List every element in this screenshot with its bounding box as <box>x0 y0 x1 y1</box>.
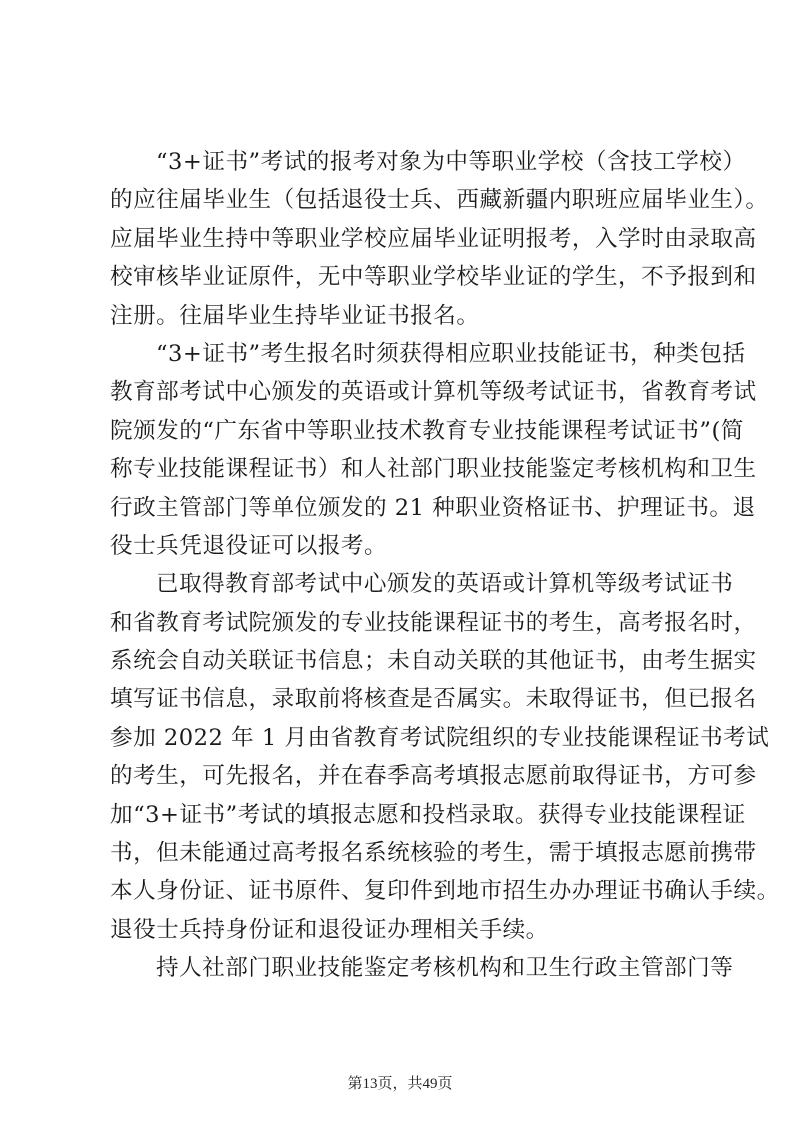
text-line: 的考生，可先报名，并在春季高考填报志愿前取得证书，方可参 <box>110 757 707 795</box>
text-line: 称专业技能课程证书）和人社部门职业技能鉴定考核机构和卫生 <box>110 450 707 488</box>
text-line: 院颁发的“广东省中等职业技术教育专业技能课程考试证书”(简 <box>110 412 707 450</box>
text-line: 教育部考试中心颁发的英语或计算机等级考试证书，省教育考试 <box>110 373 707 411</box>
text-line: 校审核毕业证原件，无中等职业学校毕业证的学生，不予报到和 <box>110 258 707 296</box>
text-line: 役士兵凭退役证可以报考。 <box>110 527 707 565</box>
text-line: 本人身份证、证书原件、复印件到地市招生办办理证书确认手续。 <box>110 872 707 910</box>
text-line: 加“3+证书”考试的填报志愿和投档录取。获得专业技能课程证 <box>110 796 707 834</box>
text-line: 参加 2022 年 1 月由省教育考试院组织的专业技能课程证书考试 <box>110 719 707 757</box>
text-line: 应届毕业生持中等职业学校应届毕业证明报考，入学时由录取高 <box>110 220 707 258</box>
paragraph: 已取得教育部考试中心颁发的英语或计算机等级考试证书 和省教育考试院颁发的专业技能… <box>110 565 707 949</box>
text-line: 系统会自动关联证书信息；未自动关联的其他证书，由考生据实 <box>110 642 707 680</box>
text-line: 退役士兵持身份证和退役证办理相关手续。 <box>110 911 707 949</box>
paragraph: 持人社部门职业技能鉴定考核机构和卫生行政主管部门等 <box>110 949 707 987</box>
text-line: “3+证书”考试的报考对象为中等职业学校（含技工学校） <box>110 143 707 181</box>
text-line: 持人社部门职业技能鉴定考核机构和卫生行政主管部门等 <box>110 949 707 987</box>
text-line: 注册。往届毕业生持毕业证书报名。 <box>110 297 707 335</box>
text-line: 填写证书信息，录取前将核查是否属实。未取得证书，但已报名 <box>110 680 707 718</box>
text-line: “3+证书”考生报名时须获得相应职业技能证书，种类包括 <box>110 335 707 373</box>
body-text: “3+证书”考试的报考对象为中等职业学校（含技工学校） 的应往届毕业生（包括退役… <box>110 143 707 988</box>
paragraph: “3+证书”考生报名时须获得相应职业技能证书，种类包括 教育部考试中心颁发的英语… <box>110 335 707 565</box>
text-line: 书，但未能通过高考报名系统核验的考生，需于填报志愿前携带 <box>110 834 707 872</box>
paragraph: “3+证书”考试的报考对象为中等职业学校（含技工学校） 的应往届毕业生（包括退役… <box>110 143 707 335</box>
text-line: 行政主管部门等单位颁发的 21 种职业资格证书、护理证书。退 <box>110 489 707 527</box>
text-line: 和省教育考试院颁发的专业技能课程证书的考生，高考报名时， <box>110 604 707 642</box>
document-page: “3+证书”考试的报考对象为中等职业学校（含技工学校） 的应往届毕业生（包括退役… <box>0 0 800 1131</box>
text-line: 已取得教育部考试中心颁发的英语或计算机等级考试证书 <box>110 565 707 603</box>
page-number-footer: 第13页，共49页 <box>0 1072 800 1093</box>
text-line: 的应往届毕业生（包括退役士兵、西藏新疆内职班应届毕业生）。 <box>110 181 707 219</box>
